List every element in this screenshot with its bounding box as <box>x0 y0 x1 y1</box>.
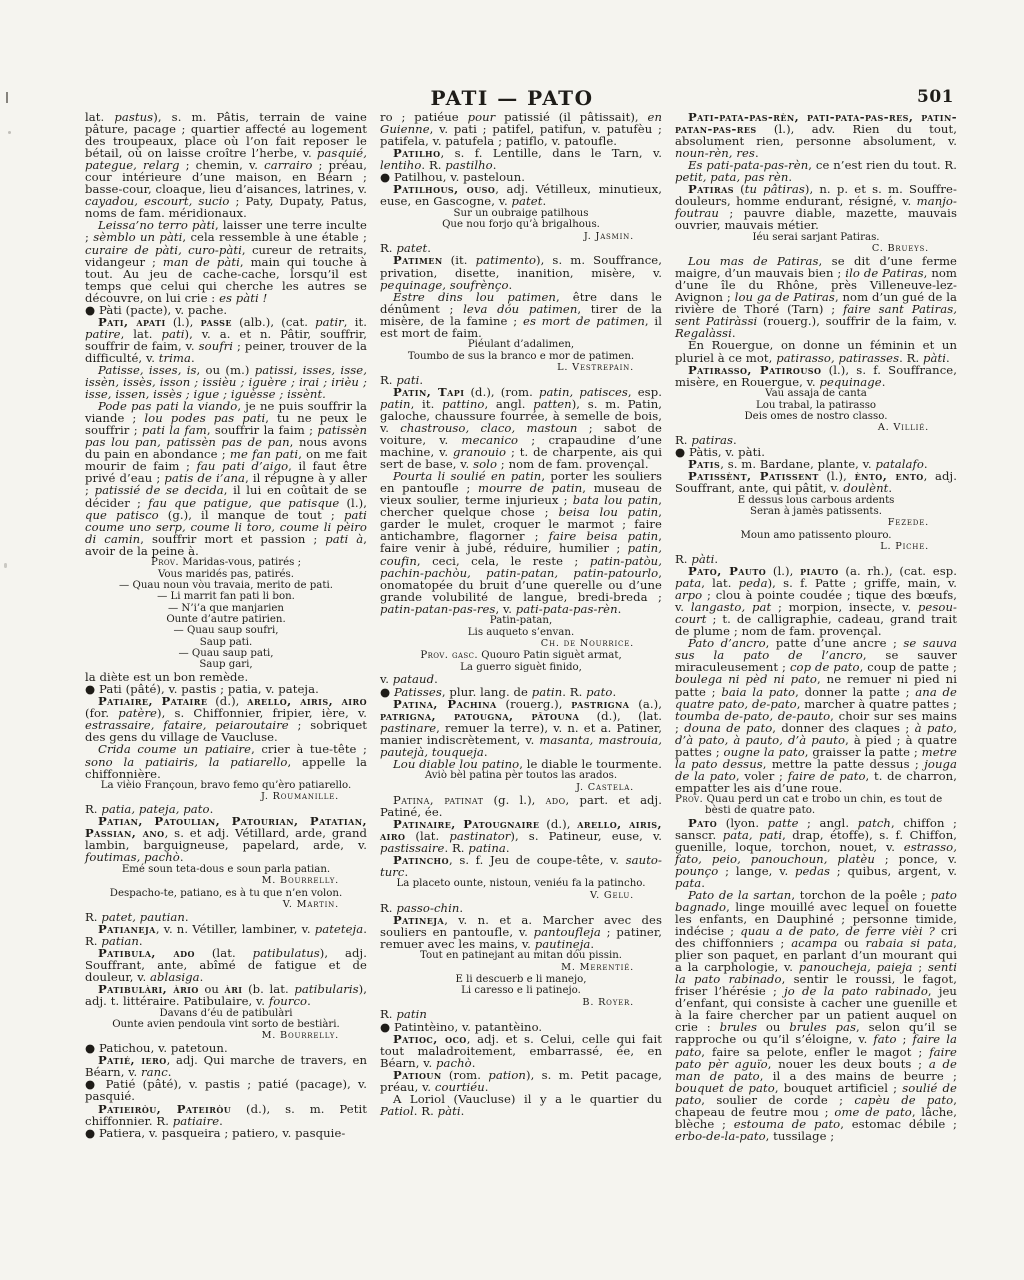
author-attribution: J. Jasmin. <box>380 231 662 242</box>
verse-line: Lis auqueto s’envan. <box>380 627 662 638</box>
verse-line: La guerro siguèt finido, <box>380 662 662 673</box>
entry-paragraph: Pato d’ancro, patte d’une ancre ; se sau… <box>675 637 957 794</box>
verse-quotation: E dessus lous carbous ardentsSeran à jam… <box>675 494 957 529</box>
entry-paragraph: Patioc, oco, adj. et s. Celui, celle qui… <box>380 1033 662 1069</box>
author-attribution: J. Castela. <box>380 782 662 793</box>
verse-line: Deis omes de nostro classo. <box>675 411 957 422</box>
author-attribution: M. Bourrelly. <box>85 1030 367 1041</box>
verse-quotation: Iéu serai sarjant Patiras.C. Brueys. <box>675 231 957 255</box>
entry-paragraph: Patianeja, v. n. Vétiller, lambiner, v. … <box>85 923 367 947</box>
verse-line: Prov. gasc. Quouro Patin siguèt armat, <box>380 650 662 661</box>
entry-paragraph: lat. pastus), s. m. Pâtis, terrain de va… <box>85 111 367 219</box>
verse-line: Moun amo patissento plouro. <box>675 530 957 541</box>
verse-line: Despacho-te, patiano, es à tu que n’en v… <box>85 888 367 899</box>
verse-line: Seran à jamès patissents. <box>675 506 957 517</box>
entry-paragraph: Patiaire, Pataire (d.), arello, airis, a… <box>85 695 367 743</box>
entry-paragraph: Pati-pata-pas-rèn, pati-pata-pas-res, pa… <box>675 111 957 159</box>
entry-paragraph: Patieiròu, Pateiròu (d.), s. m. Petit ch… <box>85 1103 367 1127</box>
entry-paragraph: Patibula, ado (lat. patibulatus), adj. S… <box>85 947 367 983</box>
entry-paragraph: Patian, Patoulian, Patourian, Patatian, … <box>85 815 367 863</box>
cross-reference-line: ● Patié (pâté), v. pastis ; patié (pacag… <box>85 1078 367 1102</box>
verse-quotation: Sur un oubraige patilhousQue nou forjo q… <box>380 207 662 242</box>
verse-quotation: Prov. gasc. Quouro Patin siguèt armat,La… <box>380 650 662 674</box>
verse-line: Vau assaja de canta <box>675 388 957 399</box>
entry-paragraph: Patissènt, Patissent (l.), ènto, ento, a… <box>675 470 957 494</box>
verse-line: E li descuerb e li manejo, <box>380 974 662 985</box>
entry-paragraph: Pode pas pati la viando, je ne puis souf… <box>85 400 367 557</box>
verse-quotation: Despacho-te, patiano, es à tu que n’en v… <box>85 887 367 911</box>
running-title: PATI — PATO <box>0 86 1024 110</box>
verse-line: Sur un oubraige patilhous <box>380 208 662 219</box>
entry-paragraph: Patirasso, Patirouso (l.), s. f. Souffra… <box>675 364 957 388</box>
entry-paragraph: Estre dins lou patimen, être dans le dén… <box>380 291 662 339</box>
author-attribution: M. Merentié. <box>380 962 662 973</box>
verse-quotation: Tout en patinejant au mitan dóu pissin.M… <box>380 950 662 974</box>
author-attribution: V. Gelu. <box>380 890 662 901</box>
entry-paragraph: Crida coume un patiaire, crier à tue-têt… <box>85 743 367 779</box>
entry-paragraph: Patineja, v. n. et a. Marcher avec des s… <box>380 914 662 950</box>
verse-line: Tout en patinejant au mitan dóu pissin. <box>380 950 662 961</box>
verse-line: Vous maridés pas, patirés. <box>85 569 367 580</box>
entry-paragraph: Patinaire, Patougnaire (d.), arello, air… <box>380 818 662 854</box>
entry-paragraph: Patisse, isses, is, ou (m.) patissi, iss… <box>85 364 367 400</box>
entry-paragraph: Patincho, s. f. Jeu de coupe-tête, v. sa… <box>380 854 662 878</box>
entry-paragraph: Lou mas de Patiras, se dit d’une ferme m… <box>675 255 957 339</box>
page-number: 501 <box>917 87 954 107</box>
verse-line: La placeto ounte, nistoun, veniéu fa la … <box>380 878 662 889</box>
entry-paragraph: Lou diable lou patino, le diable le tour… <box>380 758 662 770</box>
verse-line: Ounte avien pendoula vint sorto de besti… <box>85 1019 367 1030</box>
verse-line: La vièio Françoun, bravo femo qu’èro pat… <box>85 780 367 791</box>
entry-paragraph: Patié, iero, adj. Qui marche de travers,… <box>85 1054 367 1078</box>
text-columns: lat. pastus), s. m. Pâtis, terrain de va… <box>85 111 957 1142</box>
entry-paragraph: ro ; patiéue pour patissié (il pâtissait… <box>380 111 662 147</box>
verse-line: E dessus lous carbous ardents <box>675 495 957 506</box>
verse-line: Piéulant d’adalimen, <box>380 339 662 350</box>
entry-paragraph: Pati, apati (l.), passe (alb.), (cat. pa… <box>85 316 367 364</box>
verse-quotation: Aviò bèl patina pèr toutos las arados.J.… <box>380 770 662 794</box>
verse-quotation: Davans d’éu de patibulàriOunte avien pen… <box>85 1007 367 1042</box>
author-attribution: L. Vestrepain. <box>380 362 662 373</box>
verse-quotation: La vièio Françoun, bravo femo qu’èro pat… <box>85 780 367 804</box>
entry-paragraph: Pato, Pauto (l.), piauto (a. rh.), (cat.… <box>675 565 957 637</box>
verse-line: Emé soun teta-dous e soun parla patian. <box>85 864 367 875</box>
entry-paragraph: Pato (lyon. patte ; angl. patch, chiffon… <box>675 817 957 889</box>
verse-line: Patin-patan, <box>380 615 662 626</box>
verse-line: Lou trabal, la patirasso <box>675 400 957 411</box>
verse-line: Toumbo de sus la branco e mor de patimen… <box>380 351 662 362</box>
author-attribution: Fezede. <box>675 517 957 528</box>
page-header: PATI — PATO 501 <box>0 86 1024 112</box>
verse-quotation: Emé soun teta-dous e soun parla patian.M… <box>85 864 367 888</box>
entry-paragraph: Prov. Quau perd un cat e trobo un chin, … <box>675 794 957 817</box>
verse-quotation: Piéulant d’adalimen,Toumbo de sus la bra… <box>380 339 662 374</box>
entry-paragraph: Leissa’no terro pàti, laisser une terre … <box>85 219 367 303</box>
column-1: lat. pastus), s. m. Pâtis, terrain de va… <box>85 111 367 1142</box>
verse-quotation: Moun amo patissento plouro.L. Piche. <box>675 529 957 553</box>
verse-line: Que nou forjo qu’à brigalhous. <box>380 219 662 230</box>
verse-quotation: Prov. Maridas-vous, patirés ;Vous maridé… <box>85 557 367 671</box>
verse-quotation: Patin-patan,Lis auqueto s’envan.Ch. de N… <box>380 615 662 650</box>
entry-paragraph: Pourta li soulié en patin, porter les so… <box>380 470 662 615</box>
column-3: Pati-pata-pas-rèn, pati-pata-pas-res, pa… <box>675 111 957 1142</box>
author-attribution: C. Brueys. <box>675 243 957 254</box>
entry-paragraph: Patimen (it. patimento), s. m. Souffranc… <box>380 254 662 290</box>
author-attribution: M. Bourrelly. <box>85 875 367 886</box>
entry-paragraph: Patibulàri, àrio ou àri (b. lat. patibul… <box>85 983 367 1007</box>
author-attribution: J. Roumanille. <box>85 791 367 802</box>
verse-line: Saup pati. <box>85 637 367 648</box>
verse-quotation: Vau assaja de cantaLou trabal, la patira… <box>675 388 957 434</box>
column-2: ro ; patiéue pour patissié (il pâtissait… <box>380 111 662 1142</box>
dictionary-page: PATI — PATO 501 lat. pastus), s. m. Pâti… <box>0 0 1024 1280</box>
author-attribution: V. Martin. <box>85 899 367 910</box>
verse-line: Prov. Maridas-vous, patirés ; <box>85 557 367 568</box>
verse-line: — Quau saup soufri, <box>85 625 367 636</box>
entry-paragraph: Pato de la sartan, torchon de la poêle ;… <box>675 889 957 1142</box>
entry-paragraph: Patin, Tapi (d.), (rom. patin, patisces,… <box>380 386 662 470</box>
verse-line: Aviò bèl patina pèr toutos las arados. <box>380 770 662 781</box>
verse-quotation: E li descuerb e li manejo,Li caresso e l… <box>380 973 662 1008</box>
author-attribution: B. Royer. <box>380 997 662 1008</box>
author-attribution: L. Piche. <box>675 541 957 552</box>
verse-line: Ounte d’autre patirien. <box>85 614 367 625</box>
cross-reference-line: ● Patiera, v. pasqueira ; patiero, v. pa… <box>85 1127 367 1139</box>
verse-line: Saup gari, <box>85 659 367 670</box>
verse-line: — Quau noun vòu travaia, merito de pati. <box>85 580 367 591</box>
entry-paragraph: Patina, Pachina (rouerg.), pastrigna (a.… <box>380 698 662 758</box>
entry-paragraph: Patilhous, ouso, adj. Vétilleux, minutie… <box>380 183 662 207</box>
verse-quotation: La placeto ounte, nistoun, veniéu fa la … <box>380 878 662 902</box>
entry-paragraph: En Rouergue, on donne un féminin et un p… <box>675 339 957 363</box>
verse-line: Li caresso e li patinejo. <box>380 985 662 996</box>
scan-artifact <box>8 131 11 134</box>
entry-paragraph: Patilho, s. f. Lentille, dans le Tarn, v… <box>380 147 662 171</box>
verse-line: Iéu serai sarjant Patiras. <box>675 232 957 243</box>
verse-line: — Quau saup pati, <box>85 648 367 659</box>
entry-paragraph: Patioun (rom. pation), s. m. Petit pacag… <box>380 1069 662 1093</box>
entry-paragraph: Patina, patinat (g. l.), ado, part. et a… <box>380 794 662 818</box>
entry-paragraph: R. patin <box>380 1008 662 1020</box>
scan-artifact <box>4 563 7 568</box>
verse-line: — N’i’a que manjarien <box>85 603 367 614</box>
author-attribution: A. Villié. <box>675 422 957 433</box>
entry-paragraph: A Loriol (Vaucluse) il y a le quartier d… <box>380 1093 662 1117</box>
verse-line: — Li marrit fan pati li bon. <box>85 591 367 602</box>
entry-paragraph: Patiras (tu pâtiras), n. p. et s. m. Sou… <box>675 183 957 231</box>
author-attribution: Ch. de Nourrice. <box>380 638 662 649</box>
entry-paragraph: Es pati-pata-pas-rèn, ce n’est rien du t… <box>675 159 957 183</box>
verse-line: Davans d’éu de patibulàri <box>85 1008 367 1019</box>
